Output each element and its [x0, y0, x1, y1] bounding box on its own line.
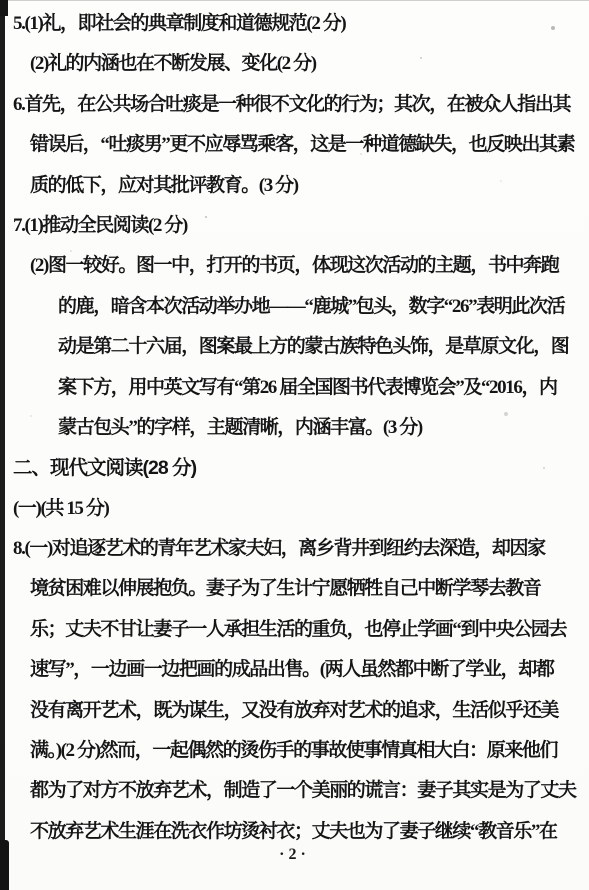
answer-line: 质的低下，应对其批评教育。(3 分): [0, 166, 589, 206]
answer-line: 动是第二十六届，图案最上方的蒙古族特色头饰，是草原文化，图: [0, 327, 589, 367]
answer-line: 7.(1)推动全民阅读(2 分): [0, 206, 589, 246]
answer-line: 都为了对方不放弃艺术，制造了一个美丽的谎言：妻子其实是为了丈夫: [0, 771, 589, 811]
answer-line: 的鹿，暗含本次活动举办地——“鹿城”包头，数字“26”表明此次活: [0, 287, 589, 327]
answer-line: (2)图一较好。图一中，打开的书页，体现这次活动的主题，书中奔跑: [0, 246, 589, 286]
answer-line: 8.(一)对追逐艺术的青年艺术家夫妇，离乡背井到纽约去深造，却因家: [0, 529, 589, 569]
answer-line: (一)(共 15 分): [0, 489, 589, 529]
section-heading-line: 二、现代文阅读(28 分): [0, 448, 589, 488]
answer-line: 案下方，用中英文写有“第26 届全国图书代表博览会”及“2016，内: [0, 368, 589, 408]
answer-line: 5.(1)礼，即社会的典章制度和道德规范(2 分): [0, 4, 589, 44]
answer-line: 速写”，一边画一边把画的成品出售。(两人虽然都中断了学业，却都: [0, 650, 589, 690]
answer-text-block: 5.(1)礼，即社会的典章制度和道德规范(2 分)(2)礼的内涵也在不断发展、变…: [0, 0, 589, 852]
answer-line: 乐；丈夫不甘让妻子一人承担生活的重负，也停止学画“到中央公园去: [0, 610, 589, 650]
answer-line: 满。)(2 分)然而，一起偶然的烫伤手的事故使事情真相大白：原来他们: [0, 731, 589, 771]
answer-line: 蒙古包头”的字样，主题清晰，内涵丰富。(3 分): [0, 408, 589, 448]
answer-line: 6.首先，在公共场合吐痰是一种很不文化的行为；其次，在被众人指出其: [0, 85, 589, 125]
scanned-answer-page: 5.(1)礼，即社会的典章制度和道德规范(2 分)(2)礼的内涵也在不断发展、变…: [0, 0, 589, 890]
answer-line: 没有离开艺术，既为谋生，又没有放弃对艺术的追求，生活似乎还美: [0, 691, 589, 731]
page-number: ·2·: [0, 846, 589, 864]
answer-line: (2)礼的内涵也在不断发展、变化(2 分): [0, 44, 589, 84]
answer-line: 境贫困难以伸展抱负。妻子为了生计宁愿牺牲自己中断学琴去教音: [0, 569, 589, 609]
answer-line: 错误后，“吐痰男”更不应辱骂乘客，这是一种道德缺失，也反映出其素: [0, 125, 589, 165]
